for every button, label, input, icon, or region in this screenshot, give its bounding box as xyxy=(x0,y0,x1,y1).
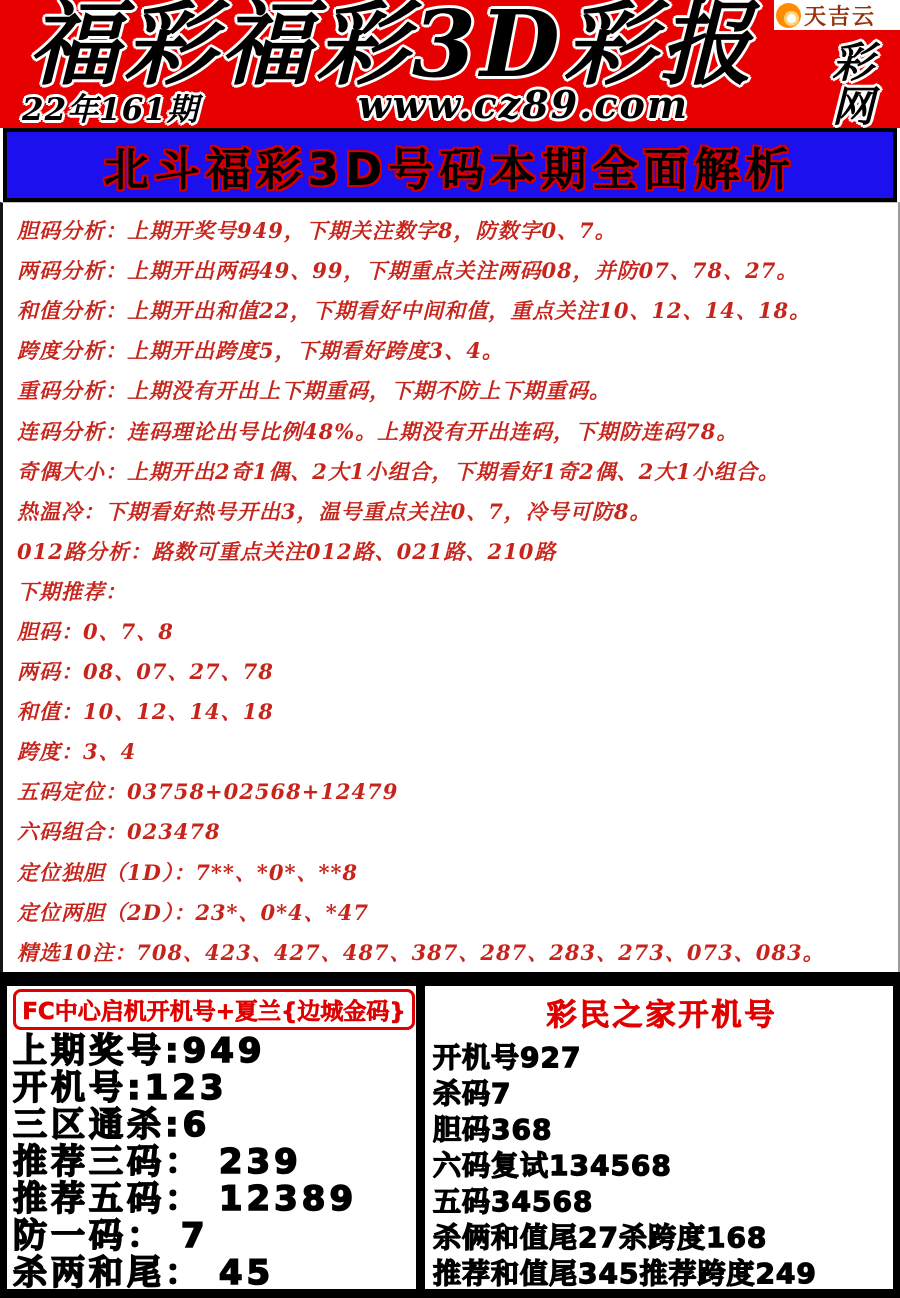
analysis-line: 定位独胆（1D）：7**、*0*、**8 xyxy=(17,852,888,892)
bottom-section: FC中心启机开机号+夏兰{边城金码} 上期奖号:949 开机号:123 三区通杀… xyxy=(0,986,900,1298)
analysis-section: 胆码分析：上期开奖号949，下期关注数字8，防数字0、7。 两码分析：上期开出两… xyxy=(0,202,900,972)
horizontal-divider xyxy=(0,972,900,986)
analysis-line: 和值：10、12、14、18 xyxy=(17,691,888,731)
analysis-line: 跨度：3、4 xyxy=(17,731,888,771)
side-vertical-text: 彩 网 xyxy=(832,42,874,128)
panel-line: 杀俩和值尾27杀跨度168 xyxy=(433,1220,891,1256)
analysis-line: 两码分析：上期开出两码49、99，下期重点关注两码08，并防07、78、27。 xyxy=(17,250,888,290)
fc-center-panel-header: FC中心启机开机号+夏兰{边城金码} xyxy=(13,989,415,1030)
analysis-line: 胆码分析：上期开奖号949，下期关注数字8，防数字0、7。 xyxy=(17,210,888,250)
analysis-line: 下期推荐： xyxy=(17,571,888,611)
panel-line: 六码复试134568 xyxy=(433,1148,891,1184)
side-char-top: 彩 xyxy=(832,42,874,84)
issue-number: 22年161期 xyxy=(22,84,199,128)
caimin-home-panel-header: 彩民之家开机号 xyxy=(433,990,891,1034)
analysis-line: 五码定位：03758+02568+12479 xyxy=(17,771,888,811)
analysis-line: 两码：08、07、27、78 xyxy=(17,651,888,691)
analysis-line: 奇偶大小：上期开出2奇1偶、2大1小组合，下期看好1奇2偶、2大1小组合。 xyxy=(17,451,888,491)
panel-line: 杀两和尾： 45 xyxy=(13,1255,414,1289)
panel-line: 三区通杀:6 xyxy=(13,1107,414,1144)
banner-title: 北斗福彩3D号码本期全面解析 xyxy=(104,133,797,198)
side-char-bottom: 网 xyxy=(832,86,874,128)
website-url: www.cz89.com xyxy=(358,82,689,127)
panel-line: 胆码368 xyxy=(433,1112,891,1148)
analysis-line: 热温冷：下期看好热号开出3，温号重点关注0、7，冷号可防8。 xyxy=(17,491,888,531)
panel-line: 推荐五码： 12389 xyxy=(13,1181,414,1218)
panel-line: 推荐和值尾345推荐跨度249 xyxy=(433,1256,891,1289)
analysis-line: 六码组合：023478 xyxy=(17,811,888,851)
logo-text: 天吉云 xyxy=(804,0,876,31)
panel-line: 开机号927 xyxy=(433,1040,891,1076)
analysis-line: 胆码：0、7、8 xyxy=(17,611,888,651)
panel-line: 杀码7 xyxy=(433,1076,891,1112)
analysis-line: 和值分析：上期开出和值22，下期看好中间和值，重点关注10、12、14、18。 xyxy=(17,290,888,330)
panel-line: 防一码： 7 xyxy=(13,1218,414,1255)
analysis-line: 重码分析：上期没有开出上下期重码，下期不防上下期重码。 xyxy=(17,370,888,410)
analysis-line: 跨度分析：上期开出跨度5，下期看好跨度3、4。 xyxy=(17,330,888,370)
panel-line: 开机号:123 xyxy=(13,1070,414,1107)
panel-line: 五码34568 xyxy=(433,1184,891,1220)
panel-line: 推荐三码： 239 xyxy=(13,1144,414,1181)
masthead: 福彩福彩3D彩报 22年161期 www.cz89.com 天吉云 彩 网 xyxy=(0,0,900,128)
analysis-line: 定位两胆（2D）：23*、0*4、*47 xyxy=(17,892,888,932)
sun-logo-icon xyxy=(776,3,801,28)
panel-line: 上期奖号:949 xyxy=(13,1033,414,1070)
analysis-line: 012路分析：路数可重点关注012路、021路、210路 xyxy=(17,531,888,571)
caimin-home-panel: 彩民之家开机号 开机号927 杀码7 胆码368 六码复试134568 五码34… xyxy=(425,986,893,1289)
section-banner: 北斗福彩3D号码本期全面解析 xyxy=(3,128,897,202)
lottery-newspaper-page: { "header": { "title": "福彩福彩3D彩报", "issu… xyxy=(0,0,900,1298)
analysis-line: 连码分析：连码理论出号比例48%。上期没有开出连码，下期防连码78。 xyxy=(17,410,888,450)
analysis-line: 精选10注：708、423、427、487、387、287、283、273、07… xyxy=(17,932,888,972)
logo-box: 天吉云 xyxy=(774,0,900,30)
fc-center-panel: FC中心启机开机号+夏兰{边城金码} 上期奖号:949 开机号:123 三区通杀… xyxy=(7,986,425,1289)
